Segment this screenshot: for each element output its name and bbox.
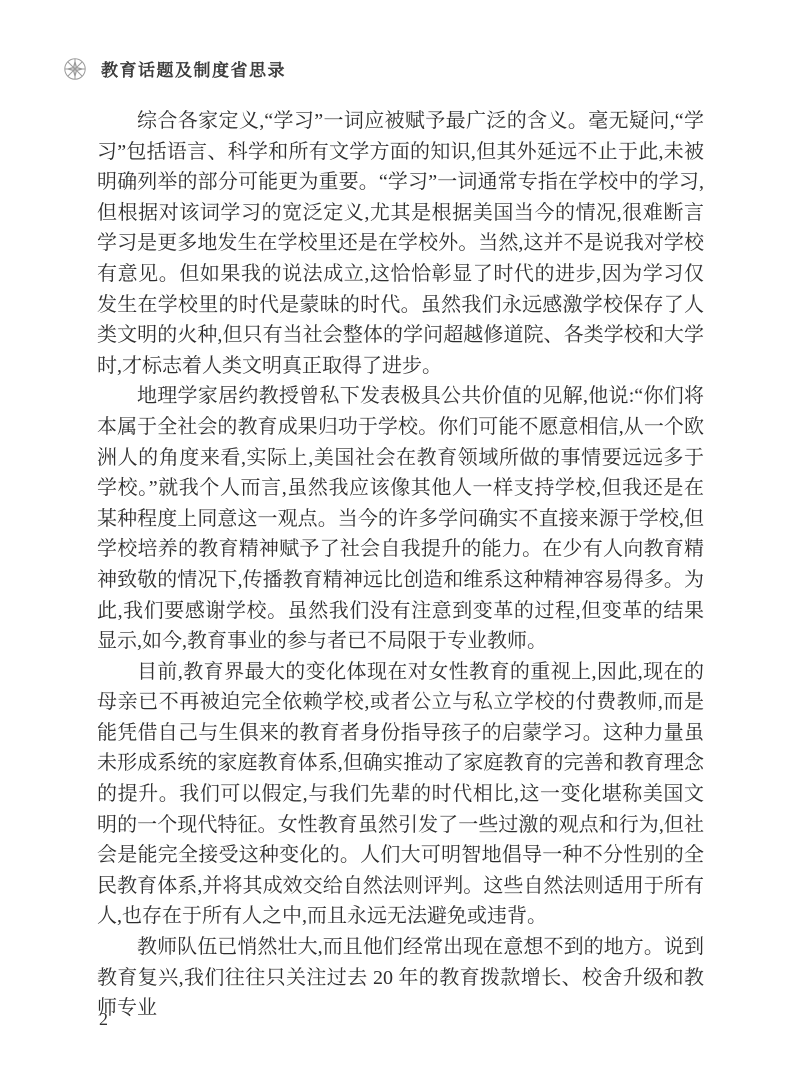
book-page: { "header": { "icon": "compass-rose-icon…	[0, 0, 799, 1082]
body-paragraph: 目前,教育界最大的变化体现在对女性教育的重视上,因此,现在的母亲已不再被迫完全依…	[97, 657, 704, 932]
running-header-title: 教育话题及制度省思录	[101, 56, 286, 81]
page-footer: 2	[99, 1009, 108, 1030]
page-number: 2	[99, 1009, 108, 1029]
body-paragraph: 教师队伍已悄然壮大,而且他们经常出现在意想不到的地方。说到教育复兴,我们往往只关…	[97, 932, 704, 1024]
body-paragraph: 地理学家居约教授曾私下发表极具公共价值的见解,他说:“你们将本属于全社会的教育成…	[97, 381, 704, 656]
compass-rose-icon	[63, 57, 87, 81]
body-paragraph: 综合各家定义,“学习”一词应被赋予最广泛的含义。毫无疑问,“学习”包括语言、科学…	[97, 106, 704, 381]
page-body: 综合各家定义,“学习”一词应被赋予最广泛的含义。毫无疑问,“学习”包括语言、科学…	[97, 106, 704, 1024]
running-header: 教育话题及制度省思录	[63, 56, 286, 81]
